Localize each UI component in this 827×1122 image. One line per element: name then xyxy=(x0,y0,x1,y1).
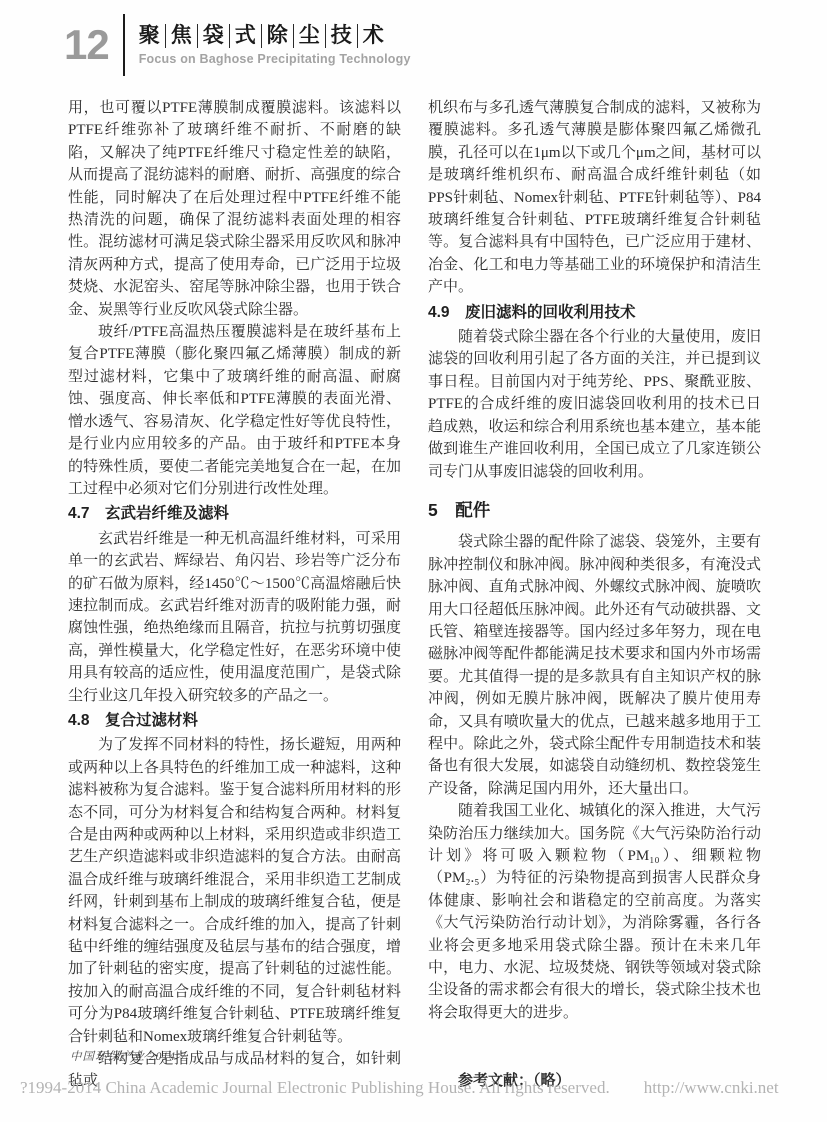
header-titles: 聚焦袋式除尘技术 Focus on Baghose Precipitating … xyxy=(125,16,411,66)
subsection-heading: 4.7 玄武岩纤维及滤料 xyxy=(68,503,401,525)
paragraph: 玻纤/PTFE高温热压覆膜滤料是在玻纤基布上复合PTFE薄膜（膨化聚四氟乙烯薄膜… xyxy=(68,321,401,500)
title-char: 袋 xyxy=(198,24,230,48)
paragraph: 袋式除尘器的配件除了滤袋、袋笼外，主要有脉冲控制仪和脉冲阀。脉冲阀种类很多，有淹… xyxy=(428,531,761,800)
title-char: 聚 xyxy=(139,24,166,48)
title-char: 尘 xyxy=(294,24,326,48)
title-char: 焦 xyxy=(166,24,198,48)
page-title: 聚焦袋式除尘技术 xyxy=(139,24,411,48)
section-heading: 5 配件 xyxy=(428,499,761,521)
paragraph: 玄武岩纤维是一种无机高温纤维材料，可采用单一的玄武岩、辉绿岩、角闪岩、珍岩等广泛… xyxy=(68,528,401,707)
title-char: 式 xyxy=(230,24,262,48)
subsection-heading: 4.8 复合过滤材料 xyxy=(68,710,401,732)
paragraph: 机织布与多孔透气薄膜复合制成的滤料，又被称为覆膜滤料。多孔透气薄膜是膨体聚四氟乙… xyxy=(428,97,761,299)
paragraph: 随着我国工业化、城镇化的深入推进，大气污染防治压力继续加大。国务院《大气污染防治… xyxy=(428,800,761,1024)
title-char: 技 xyxy=(326,24,358,48)
copyright-text: ?1994-2014 China Academic Journal Electr… xyxy=(20,1078,610,1098)
text-column-left: 用，也可覆以PTFE薄膜制成覆膜滤料。该滤料以PTFE纤维弥补了玻璃纤维不耐折、… xyxy=(68,97,401,1093)
paragraph: 用，也可覆以PTFE薄膜制成覆膜滤料。该滤料以PTFE纤维弥补了玻璃纤维不耐折、… xyxy=(68,97,401,321)
paragraph: 为了发挥不同材料的特性，扬长避短，用两种或两种以上各具特色的纤维加工成一种滤料，… xyxy=(68,734,401,1048)
subsection-heading: 4.9 废旧滤料的回收利用技术 xyxy=(428,302,761,324)
page-number: 12 xyxy=(64,16,123,74)
copyright-bar: ?1994-2014 China Academic Journal Electr… xyxy=(20,1078,810,1098)
title-char: 除 xyxy=(262,24,294,48)
page-header: 12 聚焦袋式除尘技术 Focus on Baghose Precipitati… xyxy=(64,16,411,76)
cnki-url: http://www.cnki.net xyxy=(644,1078,779,1098)
text-column-right: 机织布与多孔透气薄膜复合制成的滤料，又被称为覆膜滤料。多孔透气薄膜是膨体聚四氟乙… xyxy=(428,97,761,1093)
journal-page: 12 聚焦袋式除尘技术 Focus on Baghose Precipitati… xyxy=(0,0,827,1122)
paragraph: 随着袋式除尘器在各个行业的大量使用，废旧滤袋的回收利用引起了各方面的关注，并已提… xyxy=(428,326,761,483)
page-subtitle: Focus on Baghose Precipitating Technolog… xyxy=(139,52,411,66)
title-char: 术 xyxy=(358,24,389,48)
journal-name-footer: 中国环保产业 2014.7 xyxy=(70,1048,187,1064)
